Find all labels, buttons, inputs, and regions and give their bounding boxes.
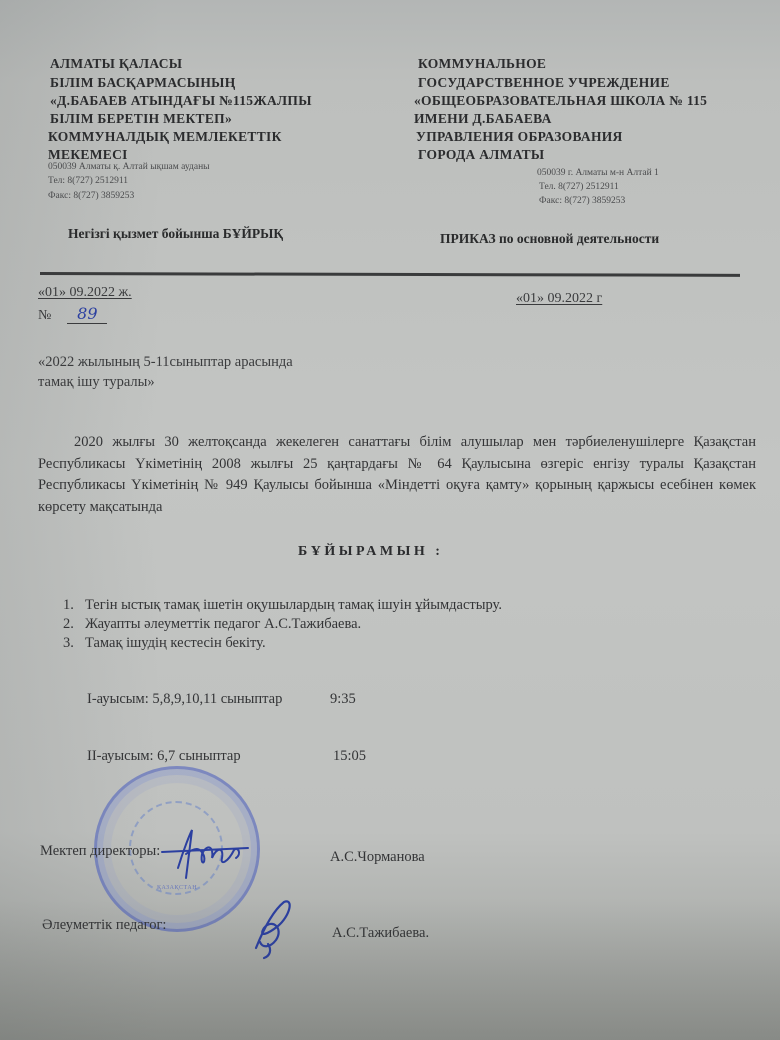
header-right-line: «ОБЩЕОБРАЗОВАТЕЛЬНАЯ ШКОЛА № 115 [414,92,707,110]
order-number: №89 [38,304,107,324]
stamp-text: ҚАЗАҚСТАН [97,885,257,891]
order-item: 3.Тамақ ішудің кестесін бекіту. [63,634,502,653]
signature-name-director: А.С.Чорманова [330,849,425,866]
header-left-line: АЛМАТЫ ҚАЛАСЫ [50,55,182,73]
header-right-line: ГОРОДА АЛМАТЫ [418,146,544,164]
header-left-line: БІЛІМ БЕРЕТІН МЕКТЕП» [50,110,232,128]
title-kazakh: Негізгі қызмет бойынша БҰЙРЫҚ [68,226,283,242]
subject-line: тамақ ішу туралы» [38,372,293,392]
preamble: 2020 жылғы 30 желтоқсанда жекелеген сана… [38,432,756,518]
subject: «2022 жылының 5-11сыныптар арасында тама… [38,352,293,392]
header-left-line: КОММУНАЛДЫҚ МЕМЛЕКЕТТІК [48,128,282,146]
order-items: 1.Тегін ыстық тамақ ішетін оқушылардың т… [63,596,502,653]
schedule-time-2: 15:05 [333,748,366,765]
subject-line: «2022 жылының 5-11сыныптар арасында [38,352,293,372]
header-right-fax: Факс: 8(727) 3859253 [539,194,625,209]
order-item: 2.Жауапты әлеуметтік педагог А.С.Тажибае… [63,615,502,634]
header-right-phone: Тел. 8(727) 2512911 [539,180,619,195]
preamble-text: 2020 жылғы 30 желтоқсанда жекелеген сана… [38,434,756,515]
header-right-line: ИМЕНИ Д.БАБАЕВА [414,110,552,128]
header-right-line: УПРАВЛЕНИЯ ОБРАЗОВАНИЯ [416,128,623,146]
title-russian: ПРИКАЗ по основной деятельности [440,231,659,247]
order-number-label: № [38,308,51,323]
pedagogue-signature-icon [250,898,300,960]
schedule-time-1: 9:35 [330,691,356,708]
signature-name-pedagogue: А.С.Тажибаева. [332,925,429,942]
header-left-address: 050039 Алматы қ. Алтай ықшам ауданы [48,160,210,175]
header-right-line: КОММУНАЛЬНОЕ [418,55,546,73]
schedule-shift-1: I-ауысым: 5,8,9,10,11 сыныптар [87,691,282,708]
signature-role-director: Мектеп директоры: [40,843,160,860]
header-divider [40,272,740,277]
order-heading: БҰЙЫРАМЫН : [298,544,443,560]
order-number-value: 89 [67,304,107,324]
director-signature-icon [160,828,260,883]
header-left-line: «Д.БАБАЕВ АТЫНДАҒЫ №115ЖАЛПЫ [50,92,312,110]
signature-role-pedagogue: Әлеуметтік педагог: [42,917,166,934]
date-kazakh: «01» 09.2022 ж. [38,285,132,301]
header-right-line: ГОСУДАРСТВЕННОЕ УЧРЕЖДЕНИЕ [418,74,670,92]
header-left-phone: Тел: 8(727) 2512911 [48,174,128,189]
header-left-fax: Факс: 8(727) 3859253 [48,189,134,204]
schedule-shift-2: II-ауысым: 6,7 сыныптар [87,748,241,765]
header-right-address: 050039 г. Алматы м-н Алтай 1 [537,166,659,181]
order-item: 1.Тегін ыстық тамақ ішетін оқушылардың т… [63,596,502,615]
date-russian: «01» 09.2022 г [516,291,602,307]
header-left-line: БІЛІМ БАСҚАРМАСЫНЫҢ [50,74,236,92]
